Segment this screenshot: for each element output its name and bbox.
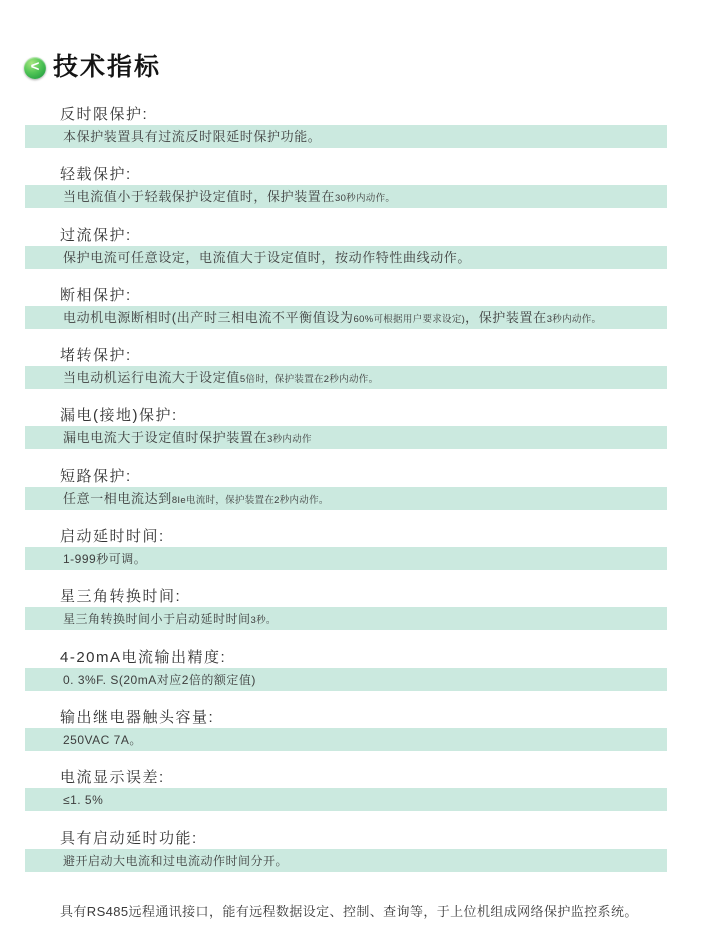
spec-value-bar: 当电动机运行电流大于设定值5倍时，保护装置在2秒内动作。 — [25, 366, 667, 389]
spec-text-segment: 3秒内动作。 — [547, 314, 602, 325]
spec-text-segment: 0. 3%F. S(20mA对应2倍的额定值) — [63, 673, 256, 687]
spec-value-bar: 本保护装置具有过流反时限延时保护功能。 — [25, 125, 667, 148]
less-than-glyph: < — [31, 59, 40, 74]
spec-section-list: 反时限保护: 本保护装置具有过流反时限延时保护功能。 轻载保护: 当电流值小于轻… — [0, 96, 719, 880]
spec-section: 启动延时时间: 1-999秒可调。 — [0, 518, 719, 578]
spec-value-bar: 0. 3%F. S(20mA对应2倍的额定值) — [25, 668, 667, 691]
spec-text-segment: 本保护装置具有过流反时限延时保护功能。 — [63, 129, 321, 144]
spec-value-bar: ≤1. 5% — [25, 788, 667, 811]
spec-section: 反时限保护: 本保护装置具有过流反时限延时保护功能。 — [0, 96, 719, 156]
spec-text-segment: 当电流值小于轻载保护设定值时，保护装置在 — [63, 189, 335, 204]
spec-section: 星三角转换时间: 星三角转换时间小于启动延时时间3秒。 — [0, 578, 719, 638]
spec-heading: 轻载保护: — [60, 163, 132, 184]
spec-section: 轻载保护: 当电流值小于轻载保护设定值时，保护装置在30秒内动作。 — [0, 156, 719, 216]
spec-heading: 短路保护: — [60, 465, 132, 486]
spec-value-bar: 250VAC 7A。 — [25, 728, 667, 751]
spec-section: 漏电(接地)保护: 漏电电流大于设定值时保护装置在3秒内动作 — [0, 397, 719, 457]
spec-heading: 4-20mA电流输出精度: — [60, 646, 226, 667]
spec-text-segment: 电动机电源断相时(出产时三相电流不平衡值设为 — [63, 310, 354, 325]
spec-text-segment: ，保护装置在 — [465, 310, 547, 325]
spec-value-bar: 避开启动大电流和过电流动作时间分开。 — [25, 849, 667, 872]
page-title-row: < 技术指标 — [24, 54, 161, 82]
spec-text-segment: 当电动机运行电流大于设定值 — [63, 370, 240, 385]
spec-text-segment: 250VAC 7A。 — [63, 733, 142, 747]
spec-section: 短路保护: 任意一相电流达到8Ie电流时，保护装置在2秒内动作。 — [0, 458, 719, 518]
page-title: 技术指标 — [53, 54, 161, 82]
spec-heading: 启动延时时间: — [60, 525, 165, 546]
spec-text-segment: 1-999秒可调。 — [63, 552, 146, 566]
spec-section: 具有启动延时功能: 避开启动大电流和过电流动作时间分开。 — [0, 820, 719, 880]
spec-heading: 星三角转换时间: — [60, 585, 181, 606]
spec-text-segment: 8Ie电流时，保护装置在2秒内动作。 — [172, 495, 329, 506]
spec-text-segment: 星三角转换时间小于启动延时时间 — [63, 612, 251, 626]
spec-heading: 电流显示误差: — [60, 766, 165, 787]
spec-text-segment: 漏电电流大于设定值时保护装置在 — [63, 430, 267, 445]
spec-section: 堵转保护: 当电动机运行电流大于设定值5倍时，保护装置在2秒内动作。 — [0, 337, 719, 397]
document-page: < 技术指标 反时限保护: 本保护装置具有过流反时限延时保护功能。 轻载保护: … — [0, 0, 719, 944]
spec-text-segment: 3秒。 — [251, 615, 276, 626]
spec-heading: 过流保护: — [60, 224, 132, 245]
spec-value-bar: 保护电流可任意设定，电流值大于设定值时，按动作特性曲线动作。 — [25, 246, 667, 269]
spec-heading: 具有启动延时功能: — [60, 827, 198, 848]
spec-text-segment: 5倍时，保护装置在2秒内动作。 — [240, 374, 379, 385]
spec-section: 输出继电器触头容量: 250VAC 7A。 — [0, 699, 719, 759]
spec-text-segment: 3秒内动作 — [267, 434, 312, 445]
spec-section: 过流保护: 保护电流可任意设定，电流值大于设定值时，按动作特性曲线动作。 — [0, 217, 719, 277]
spec-text-segment: 任意一相电流达到 — [63, 491, 172, 506]
spec-text-segment: 避开启动大电流和过电流动作时间分开。 — [63, 854, 288, 868]
footer-note: 具有RS485远程通讯接口，能有远程数据设定、控制、查询等，于上位机组成网络保护… — [60, 901, 705, 920]
spec-text-segment: ≤1. 5% — [63, 793, 103, 807]
spec-heading: 漏电(接地)保护: — [60, 404, 178, 425]
spec-value-bar: 当电流值小于轻载保护设定值时，保护装置在30秒内动作。 — [25, 185, 667, 208]
spec-section: 断相保护: 电动机电源断相时(出产时三相电流不平衡值设为60%可根据用户要求设定… — [0, 277, 719, 337]
spec-heading: 堵转保护: — [60, 344, 132, 365]
spec-value-bar: 星三角转换时间小于启动延时时间3秒。 — [25, 607, 667, 630]
green-bullet-icon: < — [24, 57, 46, 79]
spec-value-bar: 1-999秒可调。 — [25, 547, 667, 570]
spec-heading: 反时限保护: — [60, 103, 148, 124]
spec-value-bar: 电动机电源断相时(出产时三相电流不平衡值设为60%可根据用户要求设定)，保护装置… — [25, 306, 667, 329]
spec-heading: 输出继电器触头容量: — [60, 706, 214, 727]
spec-text-segment: 保护电流可任意设定，电流值大于设定值时，按动作特性曲线动作。 — [63, 250, 471, 265]
spec-value-bar: 任意一相电流达到8Ie电流时，保护装置在2秒内动作。 — [25, 487, 667, 510]
spec-text-segment: 30秒内动作。 — [335, 193, 395, 204]
spec-section: 电流显示误差: ≤1. 5% — [0, 759, 719, 819]
spec-heading: 断相保护: — [60, 284, 132, 305]
spec-section: 4-20mA电流输出精度: 0. 3%F. S(20mA对应2倍的额定值) — [0, 639, 719, 699]
spec-text-segment: 60%可根据用户要求设定) — [354, 314, 466, 325]
spec-value-bar: 漏电电流大于设定值时保护装置在3秒内动作 — [25, 426, 667, 449]
